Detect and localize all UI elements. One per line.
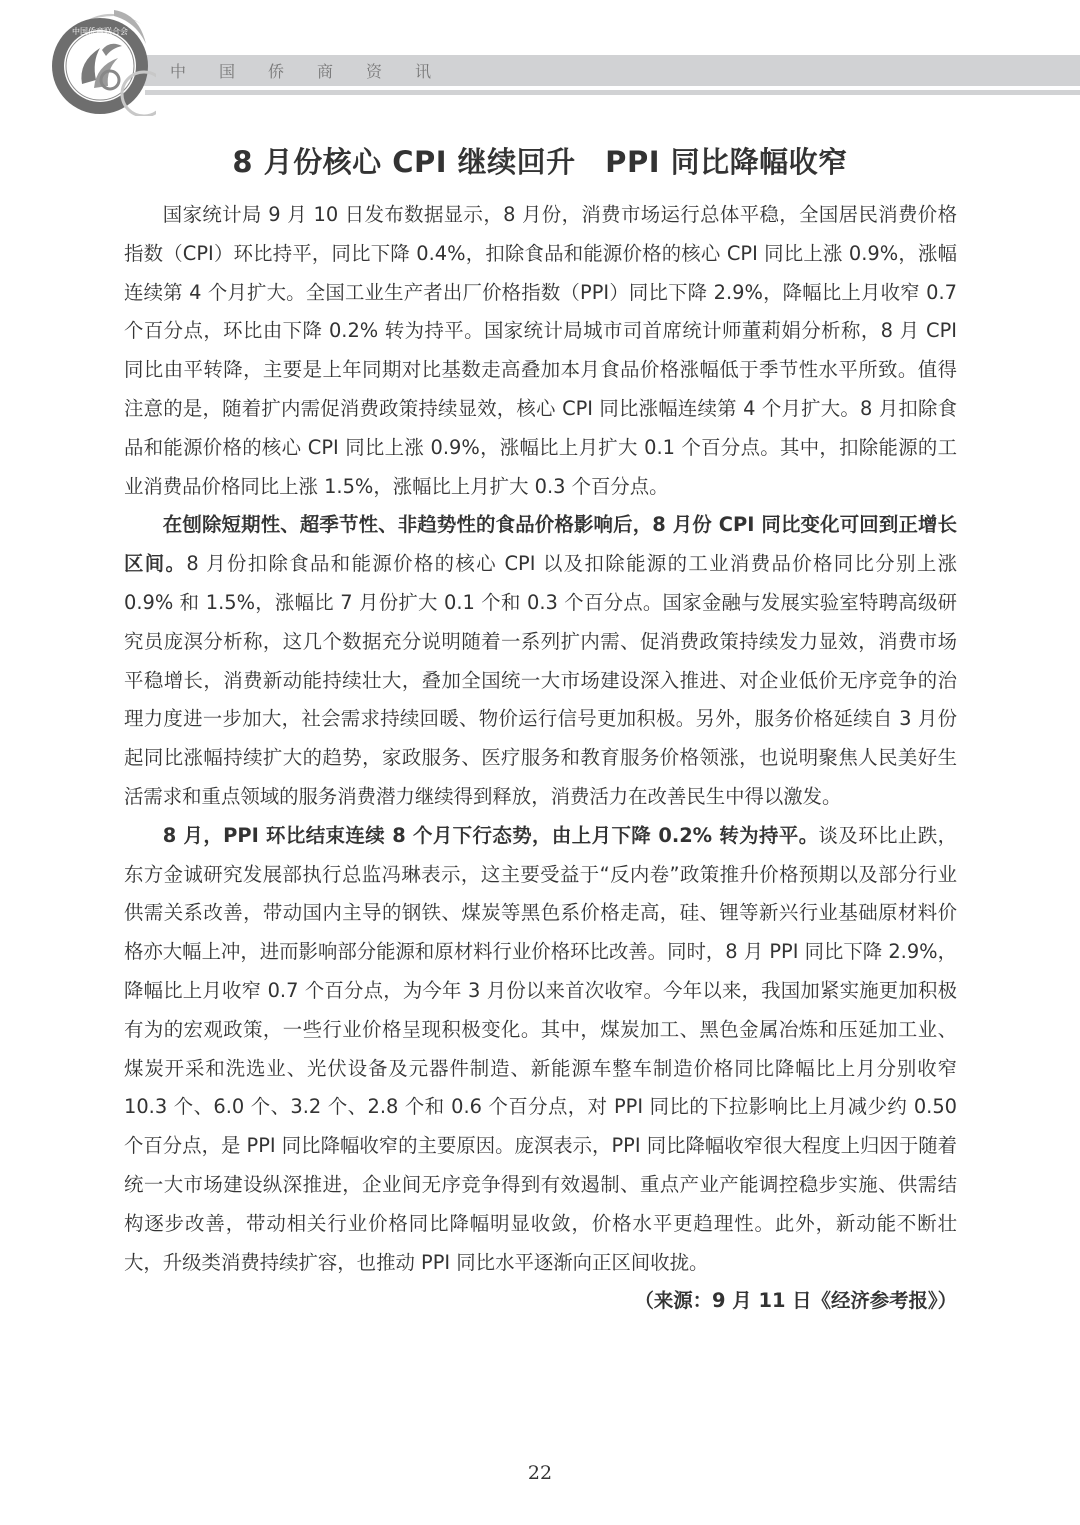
article-body: 国家统计局 9 月 10 日发布数据显示，8 月份，消费市场运行总体平稳，全国居… xyxy=(124,196,957,1321)
header-divider xyxy=(145,90,1080,95)
paragraph-1-text: 国家统计局 9 月 10 日发布数据显示，8 月份，消费市场运行总体平稳，全国居… xyxy=(124,203,957,498)
paragraph-1: 国家统计局 9 月 10 日发布数据显示，8 月份，消费市场运行总体平稳，全国居… xyxy=(124,196,957,506)
paragraph-3-lead: 8 月，PPI 环比结束连续 8 个月下行态势，由上月下降 0.2% 转为持平。 xyxy=(163,824,819,847)
paragraph-2-text: 8 月份扣除食品和能源价格的核心 CPI 以及扣除能源的工业消费品价格同比分别上… xyxy=(124,552,957,808)
publication-title: 中国侨商资讯 xyxy=(170,59,464,82)
federation-logo-icon: 中国侨商联合会 xyxy=(44,4,156,116)
paragraph-3-text: 谈及环比止跌，东方金诚研究发展部执行总监冯琳表示，这主要受益于“反内卷”政策推升… xyxy=(124,824,957,1274)
page-number: 22 xyxy=(0,1462,1080,1484)
article-source: （来源：9 月 11 日《经济参考报》） xyxy=(596,1282,957,1321)
page-header: 中国侨商资讯 中国侨商联合会 xyxy=(0,0,1080,120)
paragraph-3: 8 月，PPI 环比结束连续 8 个月下行态势，由上月下降 0.2% 转为持平。… xyxy=(124,817,957,1283)
article-title: 8 月份核心 CPI 继续回升 PPI 同比降幅收窄 xyxy=(0,140,1080,181)
svg-text:中国侨商联合会: 中国侨商联合会 xyxy=(72,26,128,36)
paragraph-2: 在刨除短期性、超季节性、非趋势性的食品价格影响后，8 月份 CPI 同比变化可回… xyxy=(124,506,957,816)
